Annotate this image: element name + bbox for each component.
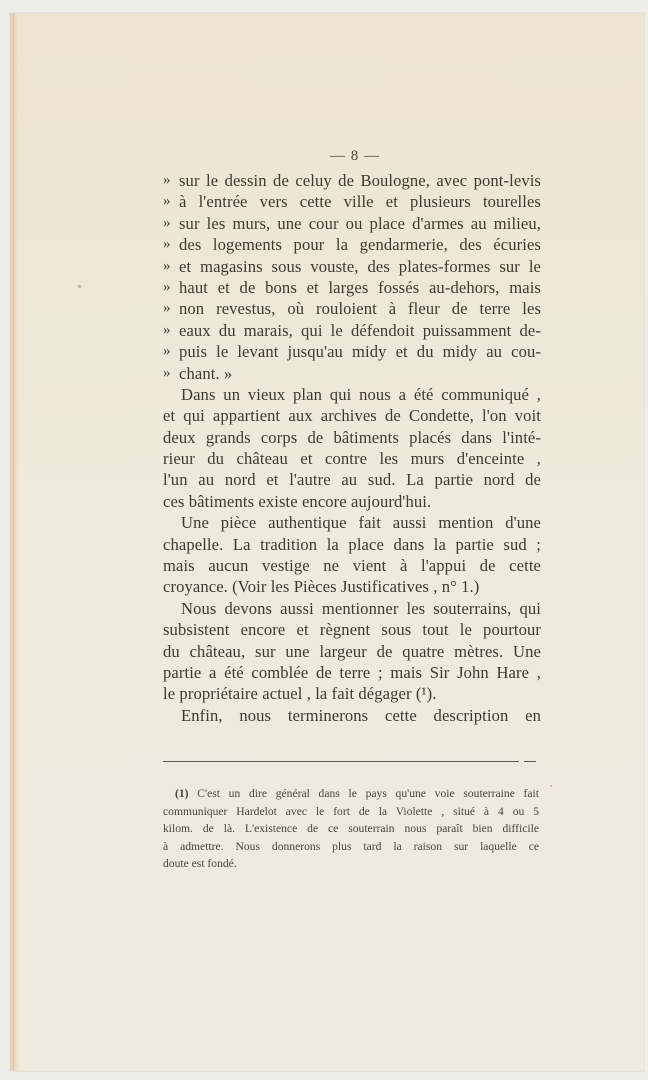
- quote-line: » sur le dessin de celuy de Boulogne, av…: [163, 170, 541, 191]
- guillemet-mark: »: [163, 277, 179, 298]
- footnote-text: C'est un dire général dans le pays qu'un…: [197, 787, 539, 800]
- footnote-line: kilom. de là. L'existence de ce souterra…: [163, 820, 539, 838]
- paragraph-plan-description: Dans un vieux plan qui nous a été commun…: [163, 384, 541, 512]
- text-line: deux grands corps de bâtiments placés da…: [163, 427, 541, 448]
- guillemet-mark: »: [163, 170, 179, 191]
- text-line: et qui appartient aux archives de Condet…: [163, 405, 541, 426]
- text-line: croyance. (Voir les Pièces Justificative…: [163, 576, 541, 597]
- quoted-passage: » sur le dessin de celuy de Boulogne, av…: [163, 170, 541, 384]
- footnote-separator-tail: [524, 761, 536, 762]
- text-line: Nous devons aussi mentionner les souterr…: [163, 598, 541, 619]
- quote-text: puis le levant jusqu'au midy et du midy …: [179, 341, 541, 362]
- guillemet-mark: »: [163, 298, 179, 319]
- quote-text: à l'entrée vers cette ville et plusieurs…: [179, 191, 541, 212]
- text-line: rieur du château et contre les murs d'en…: [163, 448, 541, 469]
- paragraph-chapel: Une pièce authentique fait aussi mention…: [163, 512, 541, 598]
- quote-text: non revestus, où rouloient à fleur de te…: [179, 298, 541, 319]
- gutter-line: [13, 13, 14, 1071]
- paper-speck: [550, 785, 552, 787]
- quote-line: » des logements pour la gendarmerie, des…: [163, 234, 541, 255]
- paper-speck: [78, 285, 81, 288]
- text-line: Une pièce authentique fait aussi mention…: [163, 512, 541, 533]
- footnote-line: communiquer Hardelot avec le fort de la …: [163, 803, 539, 821]
- paragraph-souterrains: Nous devons aussi mentionner les souterr…: [163, 598, 541, 705]
- footnote-marker: (1): [175, 787, 189, 800]
- quote-line: » chant. »: [163, 363, 541, 384]
- quote-line: » puis le levant jusqu'au midy et du mid…: [163, 341, 541, 362]
- quote-line: » eaux du marais, qui le défendoit puiss…: [163, 320, 541, 341]
- quote-line: » et magasins sous vouste, des plates-fo…: [163, 256, 541, 277]
- footnote: (1) C'est un dire général dans le pays q…: [163, 785, 539, 873]
- footnote-line: (1) C'est un dire général dans le pays q…: [163, 785, 539, 803]
- quote-line: » sur les murs, une cour ou place d'arme…: [163, 213, 541, 234]
- guillemet-mark: »: [163, 320, 179, 341]
- text-line: Enfin, nous terminerons cette descriptio…: [163, 705, 541, 726]
- guillemet-mark: »: [163, 213, 179, 234]
- text-line: Dans un vieux plan qui nous a été commun…: [163, 384, 541, 405]
- quote-text: eaux du marais, qui le défendoit puissam…: [179, 320, 541, 341]
- page-number: — 8 —: [169, 146, 541, 170]
- footnote-separator: [163, 761, 519, 762]
- text-line: chapelle. La tradition la place dans la …: [163, 534, 541, 555]
- guillemet-mark: »: [163, 341, 179, 362]
- quote-text: sur le dessin de celuy de Boulogne, avec…: [179, 170, 541, 191]
- footnote-line: à admettre. Nous donnerons plus tard la …: [163, 838, 539, 856]
- guillemet-mark: »: [163, 363, 179, 384]
- page-body: — 8 — » sur le dessin de celuy de Boulog…: [163, 146, 541, 726]
- text-line: mais aucun vestige ne vient à l'appui de…: [163, 555, 541, 576]
- quote-text: et magasins sous vouste, des plates-form…: [179, 256, 541, 277]
- quote-line: » à l'entrée vers cette ville et plusieu…: [163, 191, 541, 212]
- paragraph-conclusion: Enfin, nous terminerons cette descriptio…: [163, 705, 541, 726]
- quote-line: » haut et de bons et larges fossés au-de…: [163, 277, 541, 298]
- text-line: du château, sur une largeur de quatre mè…: [163, 641, 541, 662]
- text-line: l'un au nord et l'autre au sud. La parti…: [163, 469, 541, 490]
- guillemet-mark: »: [163, 234, 179, 255]
- text-line: le propriétaire actuel , la fait dégager…: [163, 683, 541, 704]
- quote-text: sur les murs, une cour ou place d'armes …: [179, 213, 541, 234]
- quote-text: chant. »: [179, 363, 541, 384]
- text-line: partie a été comblée de terre ; mais Sir…: [163, 662, 541, 683]
- guillemet-mark: »: [163, 256, 179, 277]
- page-gutter: [10, 13, 19, 1071]
- guillemet-mark: »: [163, 191, 179, 212]
- quote-text: des logements pour la gendarmerie, des é…: [179, 234, 541, 255]
- text-line: subsistent encore et règnent sous tout l…: [163, 619, 541, 640]
- text-line: ces bâtiments existe encore aujourd'hui.: [163, 491, 541, 512]
- quote-line: » non revestus, où rouloient à fleur de …: [163, 298, 541, 319]
- quote-text: haut et de bons et larges fossés au-deho…: [179, 277, 541, 298]
- footnote-line: doute est fondé.: [163, 855, 539, 873]
